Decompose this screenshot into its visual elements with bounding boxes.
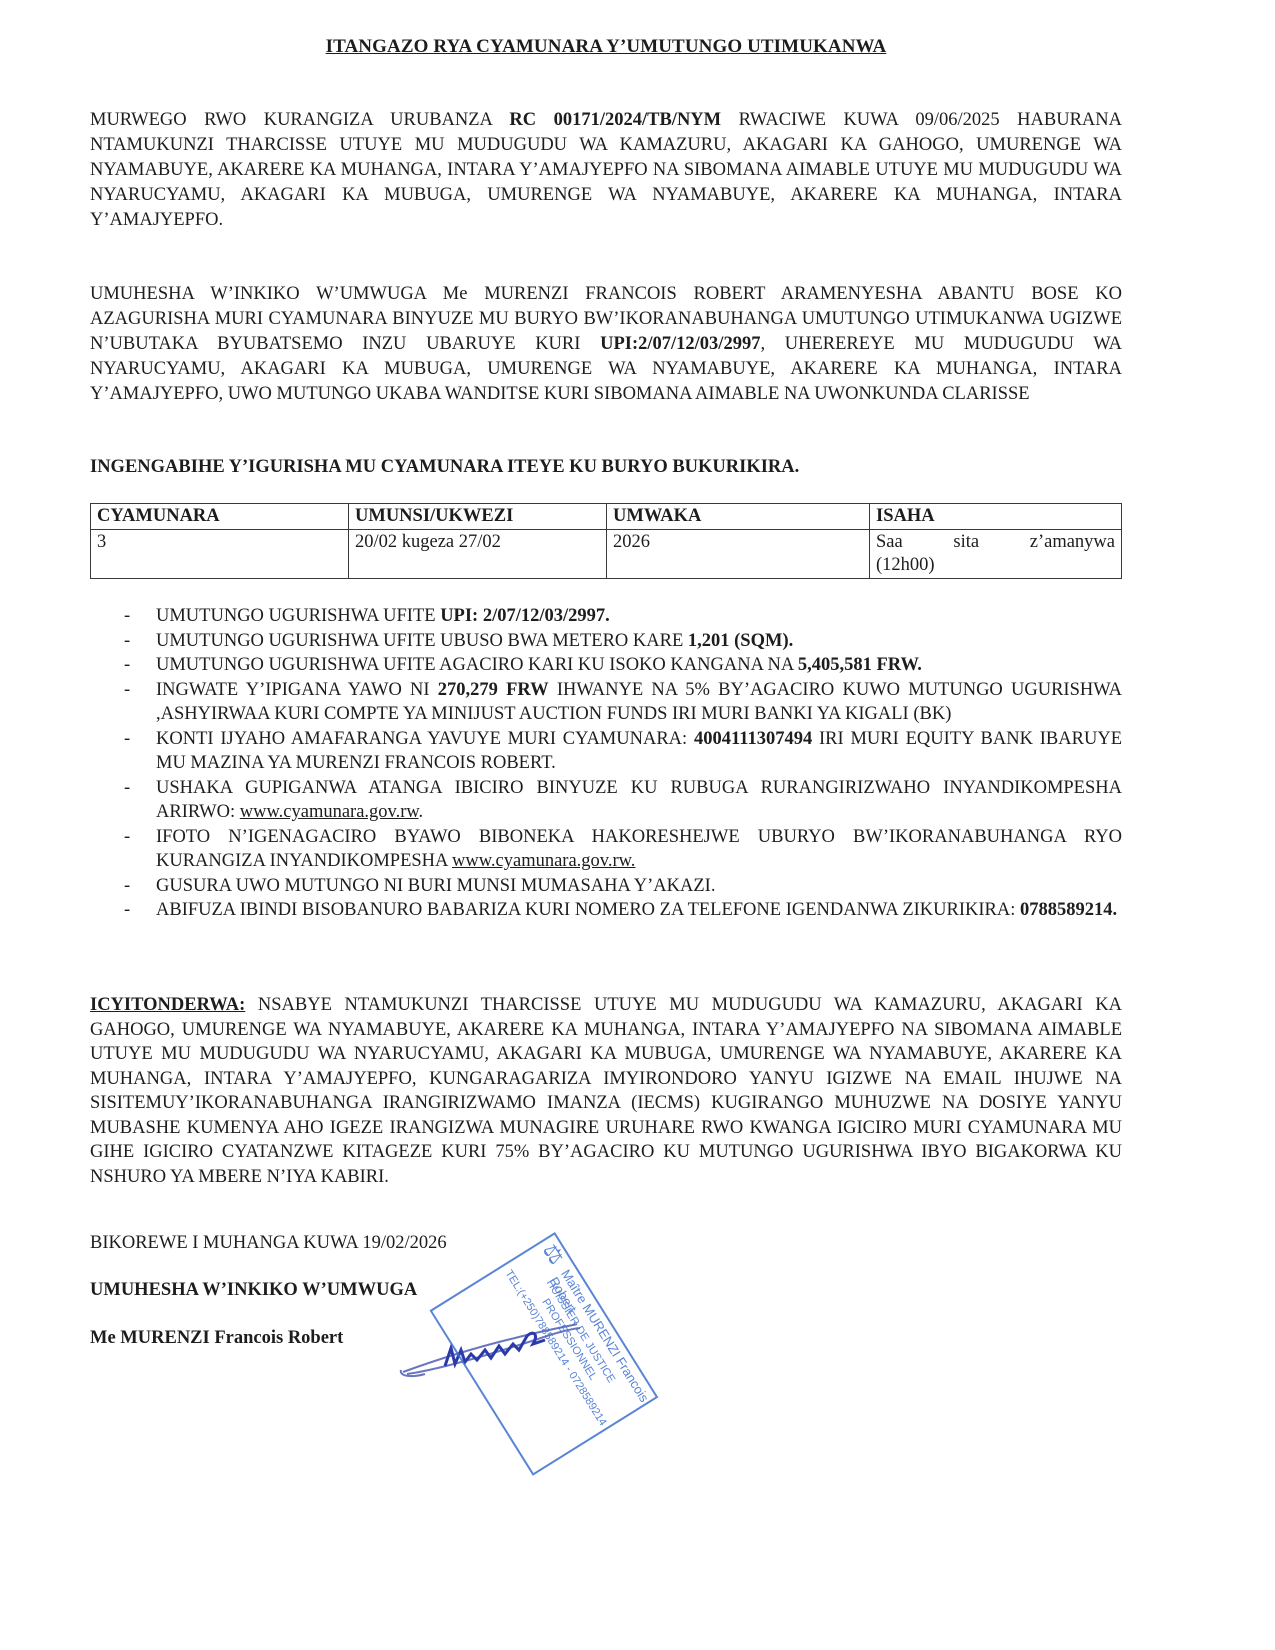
list-item: -IFOTO N’IGENAGACIRO BYAWO BIBONEKA HAKO…	[90, 825, 1122, 874]
detail-text: GUSURA UWO MUTUNGO NI BURI MUNSI MUMASAH…	[156, 876, 715, 896]
bullet-dash: -	[124, 825, 130, 850]
list-item: -UMUTUNGO UGURISHWA UFITE UBUSO BWA METE…	[90, 629, 1122, 654]
table-row: 3 20/02 kugeza 27/02 2026 Saa sita z’ama…	[91, 530, 1122, 579]
auction-schedule-table: CYAMUNARA UMUNSI/UKWEZI UMWAKA ISAHA 3 2…	[90, 503, 1122, 579]
list-item: -KONTI IJYAHO AMAFARANGA YAVUYE MURI CYA…	[90, 727, 1122, 776]
bullet-dash: -	[124, 898, 130, 923]
detail-value: 1,201 (SQM).	[688, 631, 793, 651]
website-link[interactable]: www.cyamunara.gov.rw	[240, 802, 419, 822]
paragraph-property-description: UMUHESHA W’INKIKO W’UMWUGA Me MURENZI FR…	[90, 282, 1122, 407]
signatory-role: UMUHESHA W’INKIKO W’UMWUGA	[90, 1280, 417, 1301]
bullet-dash: -	[124, 776, 130, 801]
table-header-row: CYAMUNARA UMUNSI/UKWEZI UMWAKA ISAHA	[91, 504, 1122, 530]
bullet-dash: -	[124, 678, 130, 703]
notice-note: ICYITONDERWA: NSABYE NTAMUKUNZI THARCISS…	[90, 993, 1122, 1189]
bullet-dash: -	[124, 653, 130, 678]
document-title: ITANGAZO RYA CYAMUNARA Y’UMUTUNGO UTIMUK…	[90, 36, 1122, 58]
cell-cyamunara: 3	[91, 530, 349, 579]
paragraph-case-reference: MURWEGO RWO KURANGIZA URUBANZA RC 00171/…	[90, 108, 1122, 233]
list-item: -GUSURA UWO MUTUNGO NI BURI MUNSI MUMASA…	[90, 874, 1122, 899]
list-item: -USHAKA GUPIGANWA ATANGA IBICIRO BINYUZE…	[90, 776, 1122, 825]
isaha-line2: (12h00)	[876, 555, 935, 575]
scales-of-justice-icon: ⚖	[542, 1242, 564, 1266]
cell-umwaka: 2026	[607, 530, 870, 579]
detail-value: UPI: 2/07/12/03/2997.	[440, 606, 610, 626]
detail-value: 4004111307494	[694, 729, 812, 749]
detail-value: 0788589214.	[1020, 900, 1117, 920]
bullet-dash: -	[124, 604, 130, 629]
detail-value: 270,279 FRW	[438, 680, 549, 700]
bullet-dash: -	[124, 874, 130, 899]
detail-text: UMUTUNGO UGURISHWA UFITE AGACIRO KARI KU…	[156, 655, 798, 675]
header-umunsi: UMUNSI/UKWEZI	[349, 504, 607, 530]
header-umwaka: UMWAKA	[607, 504, 870, 530]
official-stamp: ⚖ Maître MURENZI Francois Robert HUISSIE…	[429, 1232, 658, 1476]
property-details-list: -UMUTUNGO UGURISHWA UFITE UPI: 2/07/12/0…	[90, 604, 1122, 923]
detail-text: INGWATE Y’IPIGANA YAWO NI	[156, 680, 438, 700]
detail-text: UMUTUNGO UGURISHWA UFITE UBUSO BWA METER…	[156, 631, 688, 651]
header-isaha: ISAHA	[870, 504, 1122, 530]
detail-text: ABIFUZA IBINDI BISOBANURO BABARIZA KURI …	[156, 900, 1020, 920]
isaha-line1: Saa sita z’amanywa	[876, 531, 1115, 554]
website-link[interactable]: www.cyamunara.gov.rw.	[452, 851, 635, 871]
list-item: -ABIFUZA IBINDI BISOBANURO BABARIZA KURI…	[90, 898, 1122, 923]
detail-text-after: .	[419, 802, 424, 822]
list-item: -UMUTUNGO UGURISHWA UFITE UPI: 2/07/12/0…	[90, 604, 1122, 629]
list-item: -INGWATE Y’IPIGANA YAWO NI 270,279 FRW I…	[90, 678, 1122, 727]
cell-umunsi: 20/02 kugeza 27/02	[349, 530, 607, 579]
detail-value: 5,405,581 FRW.	[798, 655, 922, 675]
cell-isaha: Saa sita z’amanywa(12h00)	[870, 530, 1122, 579]
note-text: NSABYE NTAMUKUNZI THARCISSE UTUYE MU MUD…	[90, 995, 1122, 1187]
place-and-date: BIKOREWE I MUHANGA KUWA 19/02/2026	[90, 1233, 447, 1254]
schedule-heading: INGENGABIHE Y’IGURISHA MU CYAMUNARA ITEY…	[90, 457, 799, 478]
list-item: -UMUTUNGO UGURISHWA UFITE AGACIRO KARI K…	[90, 653, 1122, 678]
bullet-dash: -	[124, 629, 130, 654]
detail-text: IFOTO N’IGENAGACIRO BYAWO BIBONEKA HAKOR…	[156, 827, 1122, 872]
property-upi: UPI:2/07/12/03/2997	[600, 334, 760, 354]
note-label: ICYITONDERWA:	[90, 995, 245, 1015]
detail-text: KONTI IJYAHO AMAFARANGA YAVUYE MURI CYAM…	[156, 729, 694, 749]
case-number: RC 00171/2024/TB/NYM	[509, 110, 721, 130]
detail-text: UMUTUNGO UGURISHWA UFITE	[156, 606, 440, 626]
paragraph1-prefix: MURWEGO RWO KURANGIZA URUBANZA	[90, 110, 509, 130]
signatory-name: Me MURENZI Francois Robert	[90, 1328, 343, 1349]
header-cyamunara: CYAMUNARA	[91, 504, 349, 530]
bullet-dash: -	[124, 727, 130, 752]
